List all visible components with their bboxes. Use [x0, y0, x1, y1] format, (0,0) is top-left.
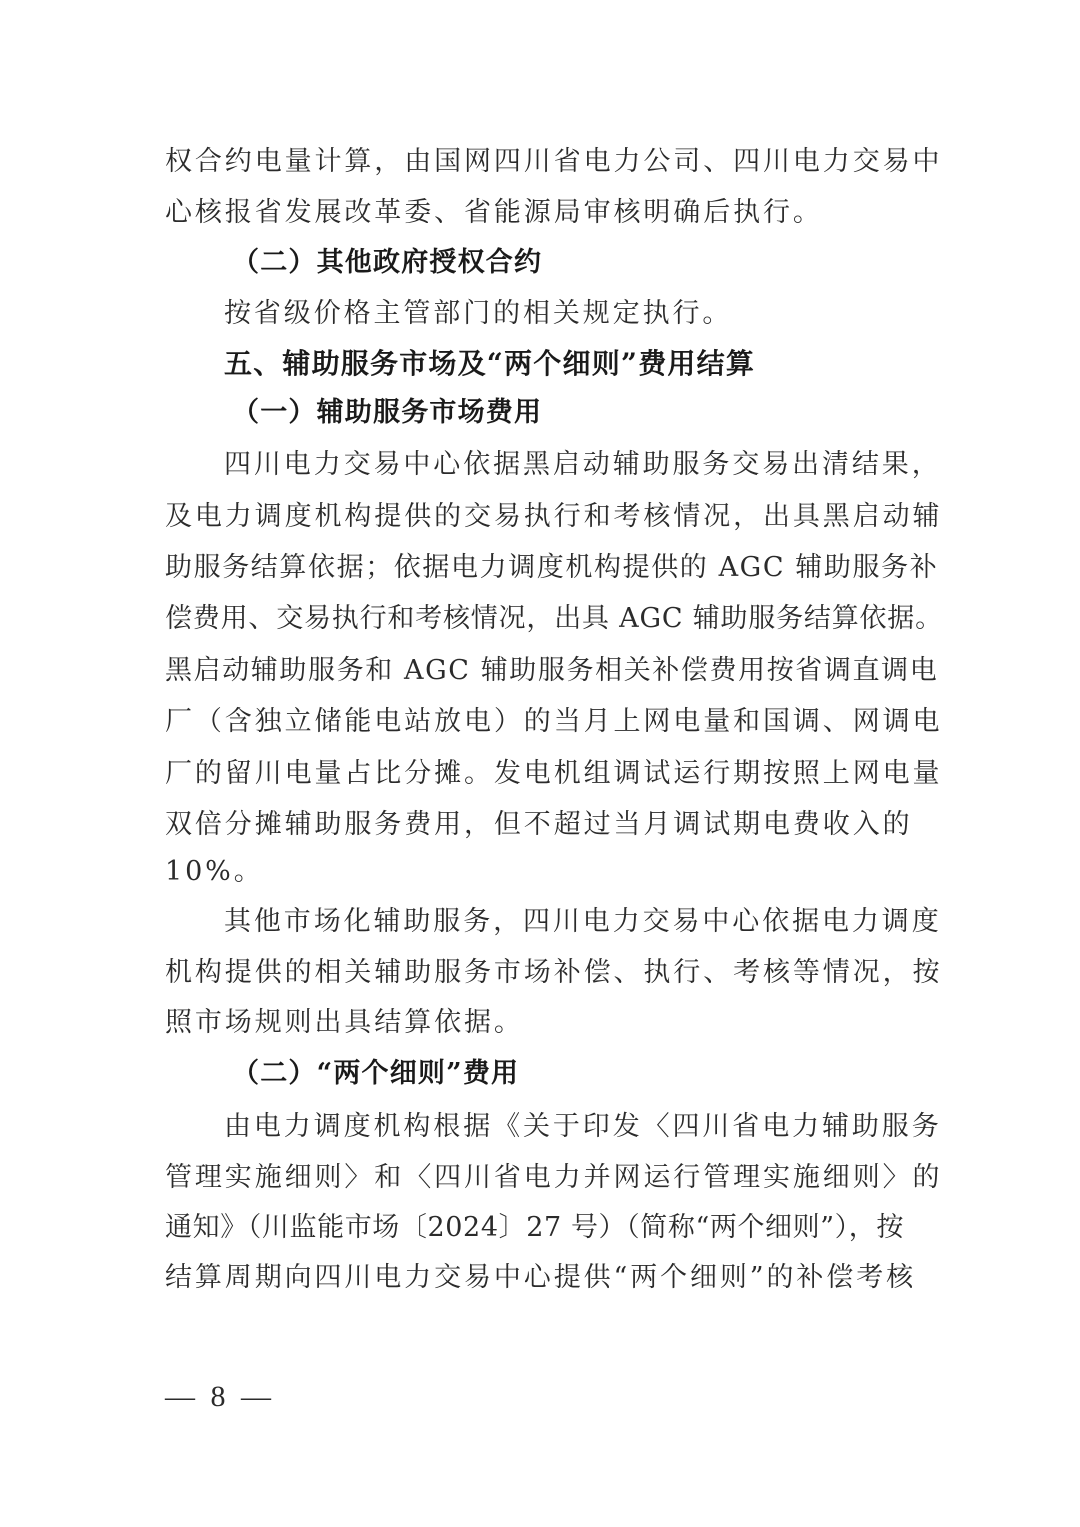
body-line: 其他市场化辅助服务，四川电力交易中心依据电力调度: [224, 902, 984, 942]
body-line: 通知》（川监能市场〔2024〕27 号）（简称“两个细则”），按: [165, 1208, 925, 1248]
body-line: 及电力调度机构提供的交易执行和考核情况，出具黑启动辅: [165, 497, 925, 537]
body-line: 按省级价格主管部门的相关规定执行。: [224, 294, 984, 334]
body-line: 照市场规则出具结算依据。: [165, 1003, 925, 1043]
body-line: 结算周期向四川电力交易中心提供“两个细则”的补偿考核: [165, 1258, 925, 1298]
body-line: 机构提供的相关辅助服务市场补偿、执行、考核等情况，按: [165, 953, 925, 993]
document-page: 权合约电量计算，由国网四川省电力公司、四川电力交易中 心核报省发展改革委、省能源…: [0, 0, 1080, 1527]
body-line: 厂的留川电量占比分摊。发电机组调试运行期按照上网电量: [165, 754, 925, 794]
subheading-two-rules-fees: （二）“两个细则”费用: [232, 1054, 992, 1094]
body-line: 四川电力交易中心依据黑启动辅助服务交易出清结果，: [224, 445, 984, 485]
body-line: 10%。: [165, 852, 925, 892]
subheading-other-contracts: （二）其他政府授权合约: [232, 243, 992, 283]
section-heading-ancillary-services: 五、辅助服务市场及“两个细则”费用结算: [224, 344, 984, 384]
body-line: 权合约电量计算，由国网四川省电力公司、四川电力交易中: [165, 142, 925, 182]
body-line: 管理实施细则〉和〈四川省电力并网运行管理实施细则〉的: [165, 1158, 925, 1198]
page-number: — 8 —: [165, 1380, 275, 1414]
subheading-ancillary-market-fees: （一）辅助服务市场费用: [232, 393, 992, 433]
body-line: 助服务结算依据；依据电力调度机构提供的 AGC 辅助服务补: [165, 548, 925, 588]
body-line: 双倍分摊辅助服务费用，但不超过当月调试期电费收入的: [165, 805, 925, 845]
body-line: 心核报省发展改革委、省能源局审核明确后执行。: [165, 193, 925, 233]
body-line: 黑启动辅助服务和 AGC 辅助服务相关补偿费用按省调直调电: [165, 651, 925, 691]
body-line: 由电力调度机构根据《关于印发〈四川省电力辅助服务: [224, 1107, 984, 1147]
body-line: 偿费用、交易执行和考核情况，出具 AGC 辅助服务结算依据。: [165, 599, 925, 639]
body-line: 厂（含独立储能电站放电）的当月上网电量和国调、网调电: [165, 702, 925, 742]
